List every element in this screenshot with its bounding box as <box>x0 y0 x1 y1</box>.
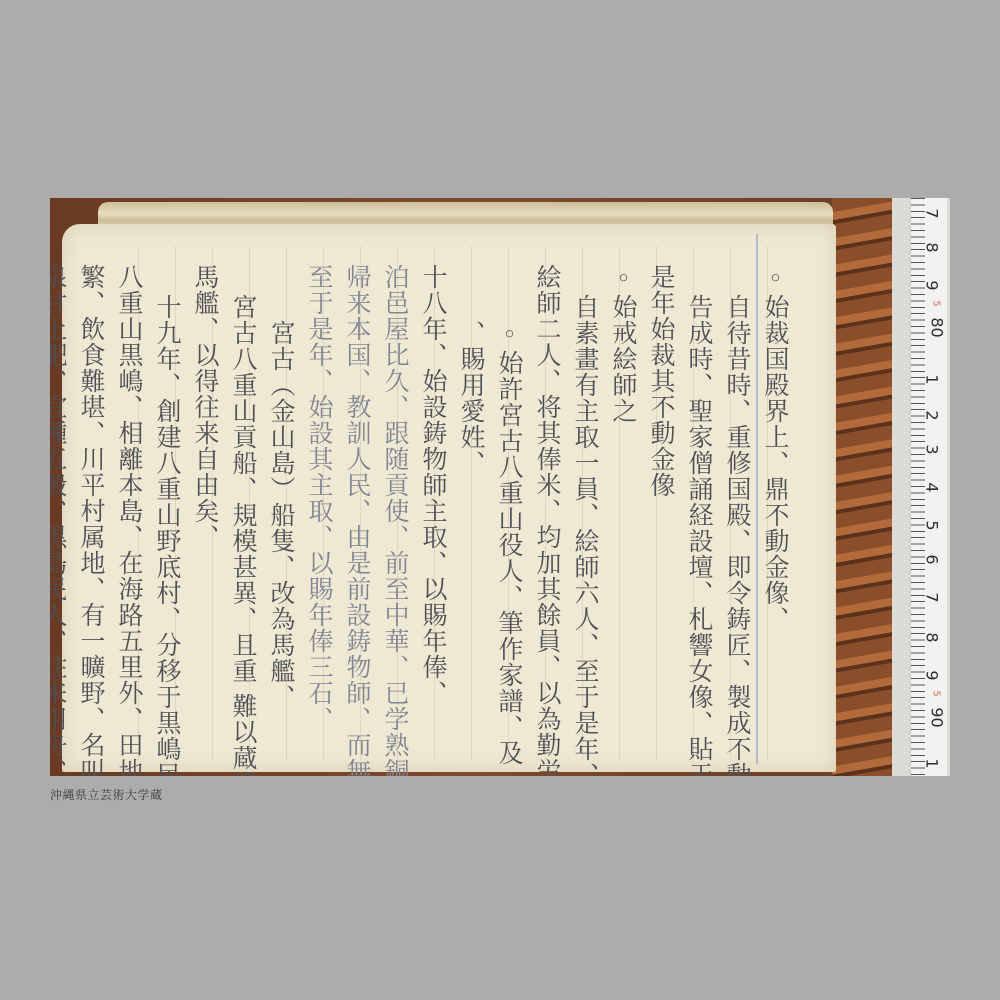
notebook-page: ◦始裁国殿界上、鼎不動金像、 自待昔時、重修国殿、即令鋳匠、製成不動金像、至 告… <box>62 224 836 772</box>
text-column: ◦始許宮古八重山役人、筆作家譜、及 [塗抹] <box>492 264 526 776</box>
ruler-label: 1 <box>923 758 942 768</box>
ruler-label: 7 <box>923 592 942 602</box>
measuring-ruler: 7 8 9 5 80 1 2 3 4 5 6 7 8 9 5 90 1 <box>910 198 947 776</box>
text-column: 告成時、聖家僧誦経設壇、札響女像、貼于界上、 <box>682 264 716 776</box>
text-column: ◦始戒絵師之 <box>606 264 640 776</box>
ruler-label: 3 <box>923 444 942 454</box>
notebook-photo: ◦始裁国殿界上、鼎不動金像、 自待昔時、重修国殿、即令鋳匠、製成不動金像、至 告… <box>50 198 950 776</box>
leather-spine-binding <box>832 198 892 776</box>
text-column: 泉甘土肥、宜種五穀、黒島民人、往来用舟、耕田鋤地、 <box>50 264 70 776</box>
text-column: 十九年、創建八重山野底村、分移于黒嶋民人、 <box>150 264 184 776</box>
text-column: 絵師二人、将其俸米、均加其餘員、以為勤労 <box>530 264 564 776</box>
text-column: ◦始裁国殿界上、鼎不動金像、 <box>758 264 792 776</box>
text-column: 宮古（金山島）船隻、改為馬艦、 <box>264 264 298 776</box>
text-column: 繁、飲食難堪、川平村属地、有一曠野、名叫野底、 <box>74 264 108 776</box>
ruler-label: 8 <box>923 242 942 252</box>
text-column: 是年始裁其不動金像 <box>644 264 678 776</box>
text-column: 馬艦、以得往来自由矣、 <box>188 264 222 776</box>
text-column: 、賜用愛姓、 <box>454 264 488 776</box>
text-column: 自待昔時、重修国殿、即令鋳匠、製成不動金像、至 <box>720 264 754 776</box>
ruler-label: 8 <box>923 632 942 642</box>
ruler-label-red: 5 <box>931 690 942 696</box>
ruler-label: 2 <box>923 410 942 420</box>
ruler-label: 80 <box>928 317 947 337</box>
ruler-label: 6 <box>923 554 942 564</box>
ruler-label: 1 <box>923 374 942 384</box>
text-column: 帰来本国、教訓人民、由是前設鋳物師、而無有主取、 <box>340 264 374 776</box>
ruler-label: 90 <box>928 707 947 727</box>
ruler-label: 5 <box>923 520 942 530</box>
collection-caption: 沖縄県立芸術大学蔵 <box>50 786 163 803</box>
text-column: 至于是年、始設其主取、以賜年俸三石、 <box>302 264 336 776</box>
text-column: 十八年、始設鋳物師主取、以賜年俸、 <box>416 264 450 776</box>
ruler-label: 7 <box>923 208 942 218</box>
ruler-label: 9 <box>923 280 942 290</box>
handwritten-text: ◦始裁国殿界上、鼎不動金像、 自待昔時、重修国殿、即令鋳匠、製成不動金像、至 告… <box>152 264 792 776</box>
text-column: 宮古八重山貢船、規模甚異、且重 難以蔵撐、由是陞 <box>226 264 260 776</box>
text-column: 八重山黒嶋、相離本島、在海路五里外、田地甚狭、人民増 <box>112 264 146 776</box>
text-column: 泊邑屋比久、跟随貢使、前至中華、已学熟銅之法而 <box>378 264 412 776</box>
ruler-label: 4 <box>923 482 942 492</box>
text-column: 自素畫有主取一員、絵師六人、至于是年、始減 <box>568 264 602 776</box>
ruler-label-red: 5 <box>931 300 942 306</box>
ruler-label: 9 <box>923 670 942 680</box>
